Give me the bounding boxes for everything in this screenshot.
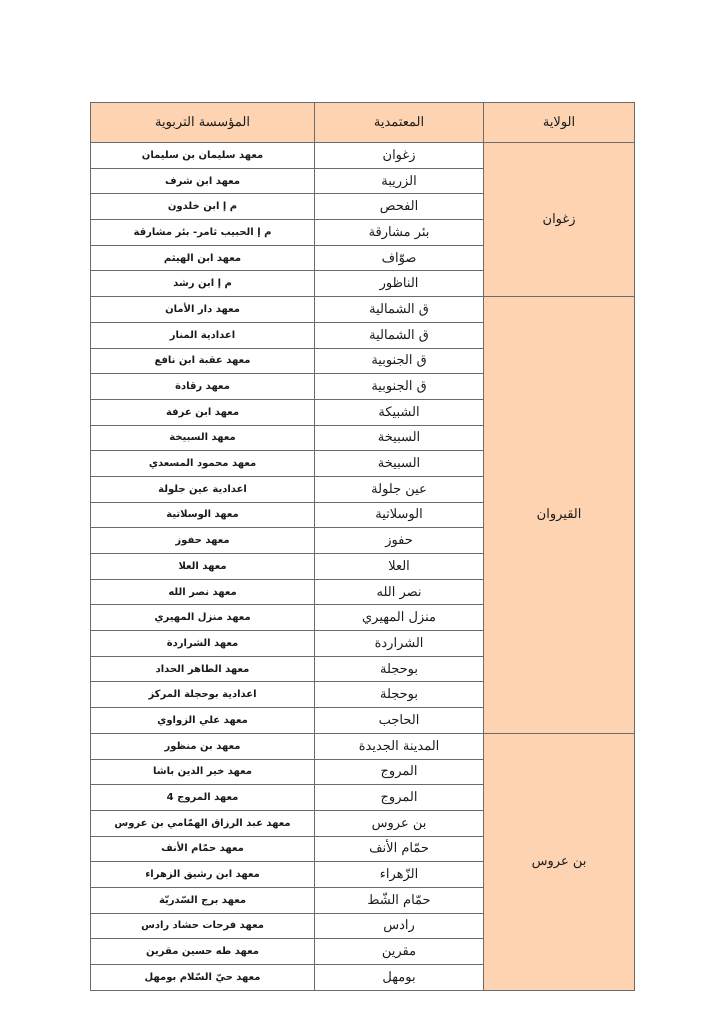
delegation-cell: الشبيكة bbox=[315, 399, 484, 425]
delegation-cell: بومهل bbox=[315, 965, 484, 991]
institution-cell: معهد خير الدين باشا bbox=[91, 759, 315, 785]
institution-cell: م إ ابن رشد bbox=[91, 271, 315, 297]
header-delegation: المعتمدية bbox=[315, 103, 484, 143]
table-row: بن عروسالمدينة الجديدةمعهد بن منظور bbox=[91, 733, 635, 759]
delegation-cell: منزل المهيري bbox=[315, 605, 484, 631]
institution-cell: معهد عبد الرزاق الهمّامي بن عروس bbox=[91, 810, 315, 836]
institution-cell: معهد العلا bbox=[91, 554, 315, 580]
delegation-cell: ق الشمالية bbox=[315, 297, 484, 323]
institution-cell: معهد السبيخة bbox=[91, 425, 315, 451]
institution-cell: معهد الطاهر الحداد bbox=[91, 656, 315, 682]
governorate-cell: بن عروس bbox=[484, 733, 635, 990]
institution-cell: معهد المروج 4 bbox=[91, 785, 315, 811]
delegation-cell: مقرين bbox=[315, 939, 484, 965]
header-row: الولاية المعتمدية المؤسسة التربوية bbox=[91, 103, 635, 143]
delegation-cell: حمّام الأنف bbox=[315, 836, 484, 862]
delegation-cell: بوحجلة bbox=[315, 656, 484, 682]
institution-cell: معهد عقبة ابن نافع bbox=[91, 348, 315, 374]
institution-cell: معهد منزل المهيري bbox=[91, 605, 315, 631]
institution-cell: معهد الوسلاتية bbox=[91, 502, 315, 528]
institution-cell: معهد محمود المسعدي bbox=[91, 451, 315, 477]
delegation-cell: الزريبة bbox=[315, 168, 484, 194]
institution-cell: معهد حمّام الأنف bbox=[91, 836, 315, 862]
delegation-cell: نصر الله bbox=[315, 579, 484, 605]
delegation-cell: بن عروس bbox=[315, 810, 484, 836]
delegation-cell: بوحجلة bbox=[315, 682, 484, 708]
institution-cell: اعدادية المنار bbox=[91, 322, 315, 348]
delegation-cell: حفوز bbox=[315, 528, 484, 554]
institution-cell: معهد ابن رشيق الزهراء bbox=[91, 862, 315, 888]
institution-cell: معهد ابن عرفة bbox=[91, 399, 315, 425]
schools-table: الولاية المعتمدية المؤسسة التربوية زغوان… bbox=[90, 102, 635, 991]
delegation-cell: الوسلاتية bbox=[315, 502, 484, 528]
institution-cell: معهد الشراردة bbox=[91, 631, 315, 657]
institution-cell: معهد حيّ السّلام بومهل bbox=[91, 965, 315, 991]
delegation-cell: الناظور bbox=[315, 271, 484, 297]
institution-cell: معهد نصر الله bbox=[91, 579, 315, 605]
delegation-cell: حمّام الشّط bbox=[315, 887, 484, 913]
institution-cell: اعدادية بوحجلة المركز bbox=[91, 682, 315, 708]
governorate-cell: زغوان bbox=[484, 143, 635, 297]
delegation-cell: عين جلولة bbox=[315, 476, 484, 502]
table-body: زغوانزغوانمعهد سليمان بن سليمانالزريبةمع… bbox=[91, 143, 635, 991]
delegation-cell: الشراردة bbox=[315, 631, 484, 657]
institution-cell: معهد علي الزواوي bbox=[91, 708, 315, 734]
delegation-cell: ق الشمالية bbox=[315, 322, 484, 348]
institution-cell: معهد سليمان بن سليمان bbox=[91, 143, 315, 169]
delegation-cell: ق الجنوبية bbox=[315, 374, 484, 400]
delegation-cell: زغوان bbox=[315, 143, 484, 169]
governorate-cell: القيروان bbox=[484, 297, 635, 734]
institution-cell: معهد حفوز bbox=[91, 528, 315, 554]
delegation-cell: السبيخة bbox=[315, 451, 484, 477]
delegation-cell: الحاجب bbox=[315, 708, 484, 734]
institution-cell: معهد برج السّدريّة bbox=[91, 887, 315, 913]
delegation-cell: بئر مشارقة bbox=[315, 220, 484, 246]
institution-cell: معهد بن منظور bbox=[91, 733, 315, 759]
delegation-cell: رادس bbox=[315, 913, 484, 939]
delegation-cell: الزّهراء bbox=[315, 862, 484, 888]
delegation-cell: العلا bbox=[315, 554, 484, 580]
header-institution: المؤسسة التربوية bbox=[91, 103, 315, 143]
institution-cell: معهد ابن شرف bbox=[91, 168, 315, 194]
delegation-cell: صوّاف bbox=[315, 245, 484, 271]
institution-cell: معهد دار الأمان bbox=[91, 297, 315, 323]
institution-cell: معهد طه حسين مقرين bbox=[91, 939, 315, 965]
delegation-cell: المروج bbox=[315, 785, 484, 811]
institution-cell: اعدادية عين جلولة bbox=[91, 476, 315, 502]
table-row: زغوانزغوانمعهد سليمان بن سليمان bbox=[91, 143, 635, 169]
institution-cell: معهد ابن الهيثم bbox=[91, 245, 315, 271]
institution-cell: م إ الحبيب ثامر- بئر مشارقة bbox=[91, 220, 315, 246]
delegation-cell: المدينة الجديدة bbox=[315, 733, 484, 759]
delegation-cell: ق الجنوبية bbox=[315, 348, 484, 374]
institution-cell: معهد رقادة bbox=[91, 374, 315, 400]
delegation-cell: الفحص bbox=[315, 194, 484, 220]
table-row: القيروانق الشماليةمعهد دار الأمان bbox=[91, 297, 635, 323]
delegation-cell: المروج bbox=[315, 759, 484, 785]
header-governorate: الولاية bbox=[484, 103, 635, 143]
delegation-cell: السبيخة bbox=[315, 425, 484, 451]
institution-cell: م إ ابن خلدون bbox=[91, 194, 315, 220]
institution-cell: معهد فرحات حشاد رادس bbox=[91, 913, 315, 939]
